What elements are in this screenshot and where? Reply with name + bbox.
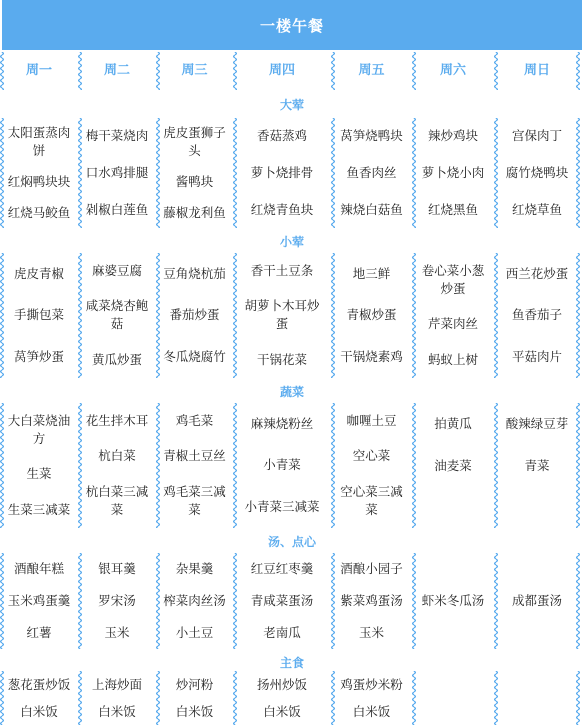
menu-cell: 酒酿小园子紫菜鸡蛋汤玉米 [331, 553, 412, 649]
menu-cell: 扬州炒饭白米饭 [233, 671, 331, 725]
dish: 青菜 [524, 457, 549, 475]
menu-cell: 地三鲜青椒炒蛋干锅烧素鸡 [331, 253, 412, 378]
menu-cell: 虾米冬瓜汤 [412, 553, 494, 649]
section-staple: 葱花蛋炒饭白米饭 上海炒面白米饭 炒河粉白米饭 扬州炒饭白米饭 鸡蛋炒米粉白米饭 [0, 671, 584, 725]
menu-cell: 红豆红枣羹青咸菜蛋汤老南瓜 [233, 553, 331, 649]
menu-cell: 鸡蛋炒米粉白米饭 [331, 671, 412, 725]
dish: 鱼香肉丝 [346, 164, 396, 182]
day-saturday: 周六 [412, 52, 494, 90]
menu-cell: 麻辣烧粉丝小青菜小青菜三减菜 [233, 403, 331, 528]
day-header-row: 周一 周二 周三 周四 周五 周六 周日 [0, 52, 584, 90]
dish: 红豆红枣羹 [251, 560, 314, 578]
menu-cell: 虎皮青椒手撕包菜莴笋炒蛋 [0, 253, 78, 378]
dish: 红烧黑鱼 [428, 201, 478, 219]
dish: 虾米冬瓜汤 [422, 592, 485, 610]
dish: 咸菜烧杏鲍菇 [84, 297, 150, 333]
dish: 青咸菜蛋汤 [251, 592, 314, 610]
dish: 麻辣烧粉丝 [251, 415, 314, 433]
dish: 白米饭 [353, 703, 391, 721]
dish: 生菜三减菜 [8, 501, 71, 519]
dish: 地三鲜 [353, 265, 391, 283]
menu-cell: 杂果羹榨菜肉丝汤小土豆 [156, 553, 233, 649]
dish: 酸辣绿豆芽 [506, 415, 569, 433]
dish: 成都蛋汤 [512, 592, 562, 610]
dish: 梅干菜烧肉 [86, 127, 149, 145]
menu-cell: 上海炒面白米饭 [78, 671, 156, 725]
dish: 空心菜三减菜 [337, 483, 406, 519]
section-title-main-meat: 大荤 [0, 96, 584, 113]
dish: 青椒炒蛋 [346, 306, 396, 324]
dish: 腐竹烧鸭块 [506, 164, 569, 182]
dish: 莴笋烧鸭块 [340, 127, 403, 145]
dish: 宫保肉丁 [512, 127, 562, 145]
dish: 蚂蚁上树 [428, 351, 478, 369]
menu-cell: 太阳蛋蒸肉饼红焖鸭块块红烧马鲛鱼 [0, 118, 78, 228]
dish: 玉米 [359, 624, 384, 642]
menu-cell: 莴笋烧鸭块鱼香肉丝辣烧白菇鱼 [331, 118, 412, 228]
dish: 白米饭 [176, 703, 214, 721]
dish: 红烧马鲛鱼 [8, 204, 71, 222]
dish: 杭白菜 [98, 447, 136, 465]
dish: 罗宋汤 [98, 592, 136, 610]
dish: 空心菜 [353, 447, 391, 465]
dish: 剁椒白莲鱼 [86, 201, 149, 219]
dish: 卷心菜小葱炒蛋 [418, 262, 488, 298]
dish: 酒酿小园子 [340, 560, 403, 578]
dish: 鱼香茄子 [512, 306, 562, 324]
dish: 玉米鸡蛋羹 [8, 592, 71, 610]
dish: 紫菜鸡蛋汤 [340, 592, 403, 610]
section-title-vegetables: 蔬菜 [0, 383, 584, 400]
dish: 冬瓜烧腐竹 [163, 348, 226, 366]
dish: 生菜 [26, 465, 51, 483]
day-tuesday: 周二 [78, 52, 156, 90]
menu-cell: 咖喱土豆空心菜空心菜三减菜 [331, 403, 412, 528]
dish: 红烧草鱼 [512, 201, 562, 219]
dish: 红薯 [26, 624, 51, 642]
dish: 小土豆 [176, 624, 214, 642]
menu-cell: 宫保肉丁腐竹烧鸭块红烧草鱼 [494, 118, 580, 228]
dish: 炒河粉 [176, 676, 214, 694]
dish: 虎皮蛋狮子头 [162, 124, 227, 160]
dish: 莴笋炒蛋 [14, 348, 64, 366]
menu-cell: 鸡毛菜青椒土豆丝鸡毛菜三减菜 [156, 403, 233, 528]
dish: 黄瓜炒蛋 [92, 351, 142, 369]
dish: 油麦菜 [434, 457, 472, 475]
menu-cell: 酸辣绿豆芽青菜 [494, 403, 580, 528]
menu-cell-empty [412, 671, 494, 725]
dish: 辣烧白菇鱼 [340, 201, 403, 219]
menu-cell: 香菇蒸鸡萝卜烧排骨红烧青鱼块 [233, 118, 331, 228]
menu-cell: 卷心菜小葱炒蛋芹菜肉丝蚂蚁上树 [412, 253, 494, 378]
dish: 萝卜烧排骨 [251, 164, 314, 182]
dish: 杂果羹 [176, 560, 214, 578]
menu-cell: 炒河粉白米饭 [156, 671, 233, 725]
dish: 小青菜 [263, 456, 301, 474]
dish: 干锅花菜 [257, 351, 307, 369]
dish: 葱花蛋炒饭 [8, 676, 71, 694]
dish: 小青菜三减菜 [244, 498, 319, 516]
dish: 香菇蒸鸡 [257, 127, 307, 145]
dish: 干锅烧素鸡 [340, 348, 403, 366]
dish: 酱鸭块 [176, 173, 214, 191]
dish: 咖喱土豆 [346, 412, 396, 430]
dish: 平菇肉片 [512, 348, 562, 366]
day-monday: 周一 [0, 52, 78, 90]
dish: 青椒土豆丝 [163, 447, 226, 465]
dish: 榨菜肉丝汤 [163, 592, 226, 610]
dish: 豆角烧杭茄 [163, 265, 226, 283]
dish: 鸡毛菜三减菜 [162, 483, 227, 519]
dish: 番茄炒蛋 [169, 306, 219, 324]
dish: 口水鸡排腿 [86, 164, 149, 182]
section-side-meat: 虎皮青椒手撕包菜莴笋炒蛋 麻婆豆腐咸菜烧杏鲍菇黄瓜炒蛋 豆角烧杭茄番茄炒蛋冬瓜烧… [0, 253, 584, 378]
section-vegetables: 大白菜烧油方生菜生菜三减菜 花生拌木耳杭白菜杭白菜三减菜 鸡毛菜青椒土豆丝鸡毛菜… [0, 403, 584, 528]
menu-cell: 葱花蛋炒饭白米饭 [0, 671, 78, 725]
menu-cell: 银耳羹罗宋汤玉米 [78, 553, 156, 649]
dish: 香干土豆条 [251, 262, 314, 280]
dish: 杭白菜三减菜 [84, 483, 150, 519]
day-thursday: 周四 [233, 52, 331, 90]
dish: 老南瓜 [263, 624, 301, 642]
menu-cell: 辣炒鸡块萝卜烧小肉红烧黑鱼 [412, 118, 494, 228]
section-soup-snacks: 酒酿年糕玉米鸡蛋羹红薯 银耳羹罗宋汤玉米 杂果羹榨菜肉丝汤小土豆 红豆红枣羹青咸… [0, 553, 584, 649]
menu-cell: 成都蛋汤 [494, 553, 580, 649]
section-main-meat: 太阳蛋蒸肉饼红焖鸭块块红烧马鲛鱼 梅干菜烧肉口水鸡排腿剁椒白莲鱼 虎皮蛋狮子头酱… [0, 118, 584, 228]
lunch-menu-page: 一楼午餐 周一 周二 周三 周四 周五 周六 周日 大荤 太阳蛋蒸肉饼红焖鸭块块… [0, 0, 584, 725]
dish: 麻婆豆腐 [92, 262, 142, 280]
menu-title: 一楼午餐 [2, 0, 582, 50]
dish: 玉米 [104, 624, 129, 642]
menu-cell: 豆角烧杭茄番茄炒蛋冬瓜烧腐竹 [156, 253, 233, 378]
dish: 扬州炒饭 [257, 676, 307, 694]
dish: 大白菜烧油方 [6, 412, 72, 448]
dish: 红烧青鱼块 [251, 201, 314, 219]
dish: 芹菜肉丝 [428, 315, 478, 333]
menu-cell: 花生拌木耳杭白菜杭白菜三减菜 [78, 403, 156, 528]
section-title-staple: 主食 [0, 654, 584, 671]
day-friday: 周五 [331, 52, 412, 90]
dish: 辣炒鸡块 [428, 127, 478, 145]
dish: 银耳羹 [98, 560, 136, 578]
menu-cell: 西兰花炒蛋鱼香茄子平菇肉片 [494, 253, 580, 378]
dish: 西兰花炒蛋 [506, 265, 569, 283]
menu-cell: 梅干菜烧肉口水鸡排腿剁椒白莲鱼 [78, 118, 156, 228]
dish: 白米饭 [20, 703, 58, 721]
menu-cell: 虎皮蛋狮子头酱鸭块藤椒龙利鱼 [156, 118, 233, 228]
menu-cell: 香干土豆条胡萝卜木耳炒蛋干锅花菜 [233, 253, 331, 378]
dish: 鸡毛菜 [176, 412, 214, 430]
menu-cell-empty [494, 671, 580, 725]
menu-cell: 酒酿年糕玉米鸡蛋羹红薯 [0, 553, 78, 649]
dish: 白米饭 [263, 703, 301, 721]
dish: 红焖鸭块块 [8, 173, 71, 191]
dish: 胡萝卜木耳炒蛋 [239, 297, 325, 333]
dish: 萝卜烧小肉 [422, 164, 485, 182]
dish: 手撕包菜 [14, 306, 64, 324]
dish: 花生拌木耳 [86, 412, 149, 430]
dish: 鸡蛋炒米粉 [340, 676, 403, 694]
menu-cell: 拍黄瓜油麦菜 [412, 403, 494, 528]
dish: 上海炒面 [92, 676, 142, 694]
dish: 藤椒龙利鱼 [163, 204, 226, 222]
menu-cell: 大白菜烧油方生菜生菜三减菜 [0, 403, 78, 528]
section-title-side-meat: 小荤 [0, 233, 584, 250]
dish: 白米饭 [98, 703, 136, 721]
dish: 虎皮青椒 [14, 265, 64, 283]
section-title-soup-snacks: 汤、点心 [0, 533, 584, 550]
dish: 拍黄瓜 [434, 415, 472, 433]
day-sunday: 周日 [494, 52, 580, 90]
menu-cell: 麻婆豆腐咸菜烧杏鲍菇黄瓜炒蛋 [78, 253, 156, 378]
dish: 酒酿年糕 [14, 560, 64, 578]
dish: 太阳蛋蒸肉饼 [6, 124, 72, 160]
day-wednesday: 周三 [156, 52, 233, 90]
